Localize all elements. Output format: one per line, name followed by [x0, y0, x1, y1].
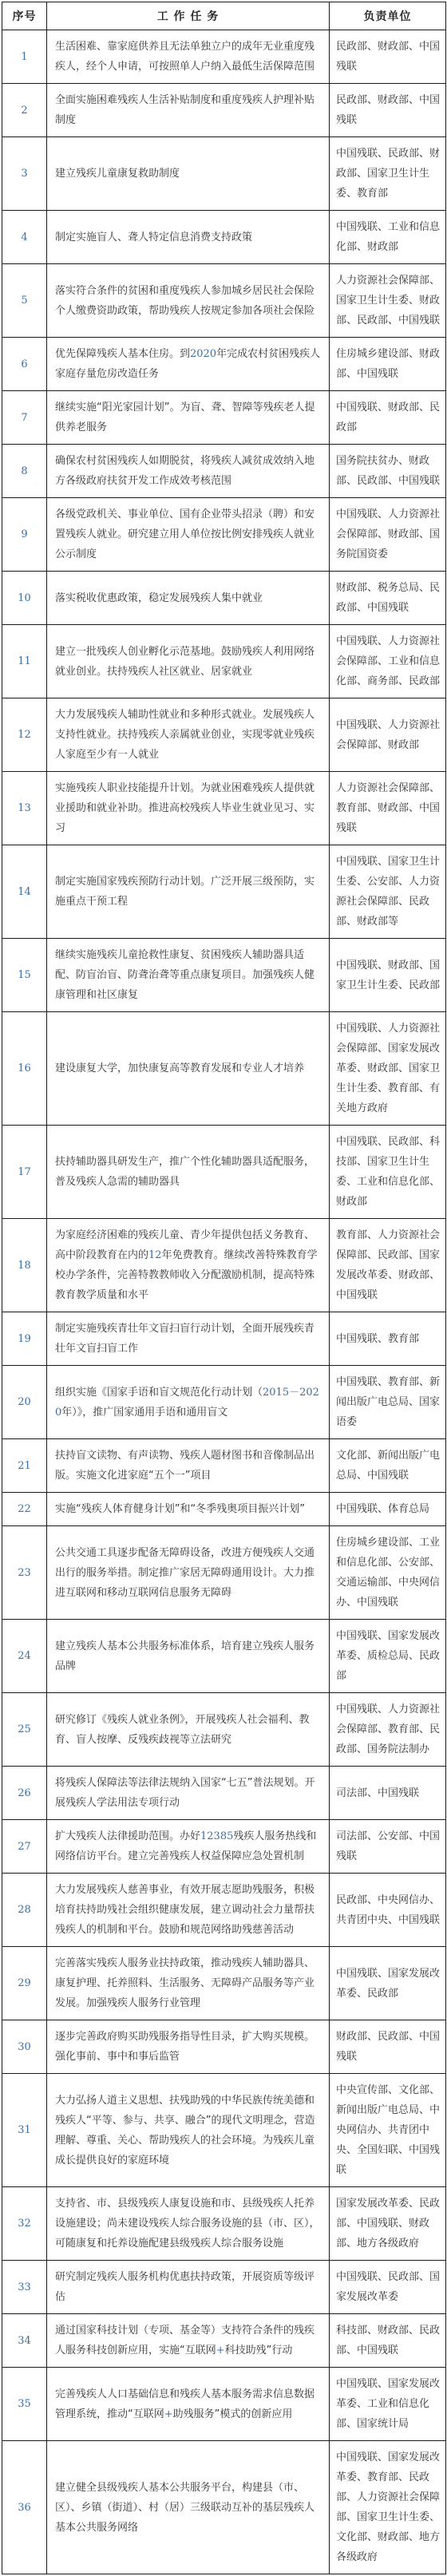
row-number: 29	[2, 1947, 47, 2020]
responsible-unit-text: 中国残联、国家发展改革委、教育部、民政部、人力资源社会保障部、国家卫生计生委、文…	[330, 2441, 446, 2574]
task-text: 扩大残疾人法律援助范围。办好12385残疾人服务热线和网络信访平台。建立完善残疾…	[47, 1820, 330, 1874]
row-number: 18	[2, 1219, 47, 1312]
task-text: 为家庭经济困难的残疾儿童、青少年提供包括义务教育、高中阶段教育在内的12年免费教…	[47, 1219, 330, 1312]
responsible-unit-text: 司法部、公安部、中国残联	[330, 1820, 446, 1874]
row-number: 27	[2, 1820, 47, 1874]
responsible-unit-text: 人力资源社会保障部、国家卫生计生委、财政部、民政部、中国残联	[330, 264, 446, 338]
row-number: 6	[2, 338, 47, 391]
responsible-unit-text: 民政部、中央网信办、共青团中央、中国残联	[330, 1874, 446, 1947]
responsible-unit-text: 国家发展改革委、民政部、中国残联、财政部、地方各级政府	[330, 2187, 446, 2261]
task-text: 建立残疾人基本公共服务标准体系，培育建立残疾人服务品牌	[47, 1620, 330, 1693]
row-number: 2	[2, 84, 47, 137]
row-number: 3	[2, 137, 47, 211]
task-text: 确保农村贫困残疾人如期脱贫，将残疾人减贫成效纳入地方各级政府扶贫开发工作成效考核…	[47, 445, 330, 498]
responsible-unit-text: 住房城乡建设部、工业和信息化部、公安部、交通运输部、中央网信办、中国残联	[330, 1526, 446, 1620]
responsible-unit-text: 民政部、财政部、中国残联	[330, 84, 446, 137]
responsible-unit-text: 中国残联、国家发展改革委、质检总局、民政部	[330, 1620, 446, 1693]
responsible-unit-text: 司法部、中国残联	[330, 1767, 446, 1820]
inline-number: 2015－2020	[55, 1387, 319, 1419]
task-text: 组织实施《国家手语和盲文规范化行动计划（2015－2020年）》，推广国家通用手…	[47, 1366, 330, 1439]
row-number: 36	[2, 2441, 47, 2574]
row-number: 12	[2, 698, 47, 772]
responsible-unit-text: 住房城乡建设部、财政部、中国残联	[330, 338, 446, 391]
row-number: 16	[2, 1012, 47, 1126]
table-header-row: 序号 工 作 任 务 负责单位	[2, 2, 446, 30]
task-text: 制定实施国家残疾预防行动计划。广泛开展三级预防，实施重点干预工程	[47, 845, 330, 939]
responsible-unit-text: 中国残联、民政部、国家发展改革委	[330, 2261, 446, 2314]
responsible-unit-text: 中国残联、国家发展改革委、民政部	[330, 1947, 446, 2020]
table-row: 21扶持盲文读物、有声读物、残疾人题材图书和音像制品出版。实施文化进家庭“五个一…	[2, 1439, 446, 1493]
task-text: 通过国家科技计划（专项、基金等）支持符合条件的残疾人服务科技创新应用，实施“互联…	[47, 2314, 330, 2368]
responsible-unit-text: 中国残联、国家发展改革委、工业和信息化部、国家统计局	[330, 2368, 446, 2441]
responsible-unit-text: 中国残联、体育总局	[330, 1493, 446, 1526]
row-number: 15	[2, 939, 47, 1012]
table-row: 17扶持辅助器具研发生产，推广个性化辅助器具适配服务，普及残疾人急需的辅助器具中…	[2, 1126, 446, 1219]
table-row: 19制定实施残疾青壮年文盲扫盲行动计划，全面开展残疾青壮年文盲扫盲工作中国残联、…	[2, 1312, 446, 1366]
inline-number: 2020	[190, 348, 216, 360]
task-text: 建立健全县级残疾人基本公共服务平台，构建县（市、区）、乡镇（街道）、村（居）三级…	[47, 2441, 330, 2574]
responsible-unit-text: 中国残联、国家卫生计生委、公安部、人力资源社会保障部、民政部、财政部等	[330, 845, 446, 939]
table-row: 35完善残疾人人口基础信息和残疾人基本服务需求信息数据管理系统，推动“互联网+助…	[2, 2368, 446, 2441]
table-row: 33研究制定残疾人服务机构优惠扶持政策，开展资质等级评估中国残联、民政部、国家发…	[2, 2261, 446, 2314]
table-row: 18为家庭经济困难的残疾儿童、青少年提供包括义务教育、高中阶段教育在内的12年免…	[2, 1219, 446, 1312]
task-text: 建立一批残疾人创业孵化示范基地。鼓励残疾人利用网络就业创业。扶持残疾人社区就业、…	[47, 625, 330, 698]
row-number: 28	[2, 1874, 47, 1947]
responsible-unit-text: 文化部、新闻出版广电总局、中国残联	[330, 1439, 446, 1493]
responsible-unit-text: 中国残联、教育部	[330, 1312, 446, 1366]
task-text: 各级党政机关、事业单位、国有企业带头招录（聘）和安置残疾人就业。研究建立用人单位…	[47, 498, 330, 572]
inline-number: 12385	[200, 1830, 233, 1842]
table-row: 3建立残疾儿童康复救助制度中国残联、民政部、财政部、国家卫生计生委、教育部	[2, 137, 446, 211]
row-number: 7	[2, 391, 47, 445]
table-row: 2全面实施困难残疾人生活补贴制度和重度残疾人护理补贴制度民政部、财政部、中国残联	[2, 84, 446, 137]
header-seq: 序号	[2, 2, 47, 30]
table-row: 25研究修订《残疾人就业条例》，开展残疾人社会福利、教育、盲人按摩、反残疾歧视等…	[2, 1693, 446, 1767]
table-row: 11建立一批残疾人创业孵化示范基地。鼓励残疾人利用网络就业创业。扶持残疾人社区就…	[2, 625, 446, 698]
row-number: 25	[2, 1693, 47, 1767]
table-row: 30逐步完善政府购买助残服务指导性目录，扩大购买规模。强化事前、事中和事后监管财…	[2, 2020, 446, 2074]
responsible-unit-text: 中国残联、民政部、科技部、国家卫生计生委、工业和信息化部、财政部	[330, 1126, 446, 1219]
responsible-unit-text: 中国残联、民政部、财政部、国家卫生计生委、教育部	[330, 137, 446, 211]
responsible-unit-text: 人力资源社会保障部、教育部、财政部、中国残联	[330, 772, 446, 845]
table-row: 6优先保障残疾人基本住房。到2020年完成农村贫困残疾人家庭存量危房改造任务住房…	[2, 338, 446, 391]
table-row: 14制定实施国家残疾预防行动计划。广泛开展三级预防，实施重点干预工程中国残联、国…	[2, 845, 446, 939]
responsible-unit-text: 中国残联、财政部、国家卫生计生委、民政部	[330, 939, 446, 1012]
table-row: 27扩大残疾人法律援助范围。办好12385残疾人服务热线和网络信访平台。建立完善…	[2, 1820, 446, 1874]
responsible-unit-text: 中国残联、人力资源社会保障部、工业和信息化部、商务部、民政部	[330, 625, 446, 698]
responsible-unit-text: 中国残联、人力资源社会保障部、财政部、国务院国资委	[330, 498, 446, 572]
table-row: 8确保农村贫困残疾人如期脱贫，将残疾人减贫成效纳入地方各级政府扶贫开发工作成效考…	[2, 445, 446, 498]
inline-number: 12	[148, 1249, 162, 1261]
inline-number: +	[164, 2408, 173, 2420]
row-number: 31	[2, 2074, 47, 2187]
table-row: 12大力发展残疾人辅助性就业和多种形式就业。发展残疾人支持性就业。扶持残疾人亲属…	[2, 698, 446, 772]
table-row: 29完善落实残疾人服务业扶持政策，推动残疾人辅助器具、康复护理、托养照料、生活服…	[2, 1947, 446, 2020]
task-text: 落实税收优惠政策，稳定发展残疾人集中就业	[47, 572, 330, 625]
task-text: 建立残疾儿童康复救助制度	[47, 137, 330, 211]
row-number: 20	[2, 1366, 47, 1439]
row-number: 11	[2, 625, 47, 698]
row-number: 24	[2, 1620, 47, 1693]
table-row: 4制定实施盲人、聋人特定信息消费支持政策中国残联、工业和信息化部、财政部	[2, 211, 446, 264]
task-text: 公共交通工具逐步配备无障碍设备，改进方便残疾人交通出行的服务举措。制定推广家居无…	[47, 1526, 330, 1620]
task-text: 大力发展残疾人辅助性就业和多种形式就业。发展残疾人支持性就业。扶持残疾人亲属就业…	[47, 698, 330, 772]
responsible-unit-text: 科技部、财政部、民政部、中国残联	[330, 2314, 446, 2368]
table-body: 1生活困难、靠家庭供养且无法单独立户的成年无业重度残疾人，经个人申请，可按照单人…	[2, 30, 446, 2574]
task-text: 研究修订《残疾人就业条例》，开展残疾人社会福利、教育、盲人按摩、反残疾歧视等立法…	[47, 1693, 330, 1767]
task-text: 完善落实残疾人服务业扶持政策，推动残疾人辅助器具、康复护理、托养照料、生活服务、…	[47, 1947, 330, 2020]
task-text: 实施“残疾人体育健身计划”和“冬季残奥项目振兴计划”	[47, 1493, 330, 1526]
task-text: 实施残疾人职业技能提升计划。为就业困难残疾人提供就业援助和就业补助。推进高校残疾…	[47, 772, 330, 845]
header-task: 工 作 任 务	[47, 2, 330, 30]
table-row: 23公共交通工具逐步配备无障碍设备，改进方便残疾人交通出行的服务举措。制定推广家…	[2, 1526, 446, 1620]
task-text: 扶持盲文读物、有声读物、残疾人题材图书和音像制品出版。实施文化进家庭“五个一”项…	[47, 1439, 330, 1493]
task-text: 研究制定残疾人服务机构优惠扶持政策，开展资质等级评估	[47, 2261, 330, 2314]
row-number: 4	[2, 211, 47, 264]
task-text: 将残疾人保障法等法律法规纳入国家“七五”普法规划。开展残疾人学法用法专项行动	[47, 1767, 330, 1820]
document-page: 序号 工 作 任 务 负责单位 1生活困难、靠家庭供养且无法单独立户的成年无业重…	[0, 0, 447, 2576]
table-row: 31大力弘扬人道主义思想、扶残助残的中华民族传统美德和残疾人“平等、参与、共享、…	[2, 2074, 446, 2187]
header-unit: 负责单位	[330, 2, 446, 30]
responsible-unit-text: 民政部、财政部、中国残联	[330, 30, 446, 84]
row-number: 23	[2, 1526, 47, 1620]
table-row: 24建立残疾人基本公共服务标准体系，培育建立残疾人服务品牌中国残联、国家发展改革…	[2, 1620, 446, 1693]
table-row: 20组织实施《国家手语和盲文规范化行动计划（2015－2020年）》，推广国家通…	[2, 1366, 446, 1439]
row-number: 1	[2, 30, 47, 84]
task-text: 完善残疾人人口基础信息和残疾人基本服务需求信息数据管理系统，推动“互联网+助残服…	[47, 2368, 330, 2441]
task-text: 大力弘扬人道主义思想、扶残助残的中华民族传统美德和残疾人“平等、参与、共享、融合…	[47, 2074, 330, 2187]
row-number: 32	[2, 2187, 47, 2261]
table-row: 36建立健全县级残疾人基本公共服务平台，构建县（市、区）、乡镇（街道）、村（居）…	[2, 2441, 446, 2574]
row-number: 10	[2, 572, 47, 625]
responsible-unit-text: 中国残联、工业和信息化部、财政部	[330, 211, 446, 264]
responsible-unit-text: 中国残联、教育部、新闻出版广电总局、国家语委	[330, 1366, 446, 1439]
table-row: 5落实符合条件的贫困和重度残疾人参加城乡居民社会保险个人缴费资助政策，帮助残疾人…	[2, 264, 446, 338]
responsible-unit-text: 财政部、税务总局、民政部、中国残联	[330, 572, 446, 625]
responsible-unit-text: 中央宣传部、文化部、新闻出版广电总局、中央网信办、共青团中央、全国妇联、中国残联	[330, 2074, 446, 2187]
task-text: 继续实施残疾儿童抢救性康复、贫困残疾人辅助器具适配、防盲治盲、防聋治聋等重点康复…	[47, 939, 330, 1012]
row-number: 35	[2, 2368, 47, 2441]
responsible-unit-text: 中国残联、人力资源社会保障部、财政部	[330, 698, 446, 772]
task-text: 支持省、市、县级残疾人康复设施和市、县级残疾人托养设施建设；尚未建设残疾人综合服…	[47, 2187, 330, 2261]
table-row: 7继续实施“阳光家园计划”。为盲、聋、智障等残疾老人提供养老服务中国残联、财政部…	[2, 391, 446, 445]
row-number: 8	[2, 445, 47, 498]
row-number: 9	[2, 498, 47, 572]
responsible-unit-text: 中国残联、财政部、民政部	[330, 391, 446, 445]
row-number: 21	[2, 1439, 47, 1493]
task-text: 落实符合条件的贫困和重度残疾人参加城乡居民社会保险个人缴费资助政策，帮助残疾人按…	[47, 264, 330, 338]
table-row: 34通过国家科技计划（专项、基金等）支持符合条件的残疾人服务科技创新应用，实施“…	[2, 2314, 446, 2368]
task-text: 生活困难、靠家庭供养且无法单独立户的成年无业重度残疾人，经个人申请，可按照单人户…	[47, 30, 330, 84]
task-text: 扶持辅助器具研发生产，推广个性化辅助器具适配服务，普及残疾人急需的辅助器具	[47, 1126, 330, 1219]
responsible-unit-text: 国务院扶贫办、财政部、民政部、中国残联	[330, 445, 446, 498]
task-text: 继续实施“阳光家园计划”。为盲、聋、智障等残疾老人提供养老服务	[47, 391, 330, 445]
task-text: 大力发展残疾人慈善事业，有效开展志愿助残服务，积极培育扶持助残社会组织健康发展，…	[47, 1874, 330, 1947]
row-number: 26	[2, 1767, 47, 1820]
responsible-unit-text: 中国残联、人力资源社会保障部、教育部、民政部、国务院法制办	[330, 1693, 446, 1767]
row-number: 14	[2, 845, 47, 939]
responsible-unit-text: 财政部、民政部、中国残联	[330, 2020, 446, 2074]
row-number: 13	[2, 772, 47, 845]
row-number: 19	[2, 1312, 47, 1366]
work-task-table: 序号 工 作 任 务 负责单位 1生活困难、靠家庭供养且无法单独立户的成年无业重…	[2, 2, 446, 2574]
row-number: 34	[2, 2314, 47, 2368]
row-number: 22	[2, 1493, 47, 1526]
table-row: 26将残疾人保障法等法律法规纳入国家“七五”普法规划。开展残疾人学法用法专项行动…	[2, 1767, 446, 1820]
table-row: 13实施残疾人职业技能提升计划。为就业困难残疾人提供就业援助和就业补助。推进高校…	[2, 772, 446, 845]
row-number: 17	[2, 1126, 47, 1219]
responsible-unit-text: 教育部、人力资源社会保障部、民政部、国家发展改革委、财政部、中国残联	[330, 1219, 446, 1312]
task-text: 制定实施残疾青壮年文盲扫盲行动计划，全面开展残疾青壮年文盲扫盲工作	[47, 1312, 330, 1366]
task-text: 全面实施困难残疾人生活补贴制度和重度残疾人护理补贴制度	[47, 84, 330, 137]
row-number: 33	[2, 2261, 47, 2314]
row-number: 30	[2, 2020, 47, 2074]
table-row: 16建设康复大学，加快康复高等教育发展和专业人才培养中国残联、人力资源社会保障部…	[2, 1012, 446, 1126]
row-number: 5	[2, 264, 47, 338]
table-row: 15继续实施残疾儿童抢救性康复、贫困残疾人辅助器具适配、防盲治盲、防聋治聋等重点…	[2, 939, 446, 1012]
responsible-unit-text: 中国残联、人力资源社会保障部、国家发展改革委、财政部、国家卫生计生委、教育部、有…	[330, 1012, 446, 1126]
table-row: 9各级党政机关、事业单位、国有企业带头招录（聘）和安置残疾人就业。研究建立用人单…	[2, 498, 446, 572]
table-row: 32支持省、市、县级残疾人康复设施和市、县级残疾人托养设施建设；尚未建设残疾人综…	[2, 2187, 446, 2261]
table-row: 10落实税收优惠政策，稳定发展残疾人集中就业财政部、税务总局、民政部、中国残联	[2, 572, 446, 625]
table-row: 22实施“残疾人体育健身计划”和“冬季残奥项目振兴计划”中国残联、体育总局	[2, 1493, 446, 1526]
task-text: 逐步完善政府购买助残服务指导性目录，扩大购买规模。强化事前、事中和事后监管	[47, 2020, 330, 2074]
inline-number: +	[216, 2345, 225, 2356]
table-row: 1生活困难、靠家庭供养且无法单独立户的成年无业重度残疾人，经个人申请，可按照单人…	[2, 30, 446, 84]
task-text: 制定实施盲人、聋人特定信息消费支持政策	[47, 211, 330, 264]
task-text: 建设康复大学，加快康复高等教育发展和专业人才培养	[47, 1012, 330, 1126]
table-row: 28大力发展残疾人慈善事业，有效开展志愿助残服务，积极培育扶持助残社会组织健康发…	[2, 1874, 446, 1947]
task-text: 优先保障残疾人基本住房。到2020年完成农村贫困残疾人家庭存量危房改造任务	[47, 338, 330, 391]
